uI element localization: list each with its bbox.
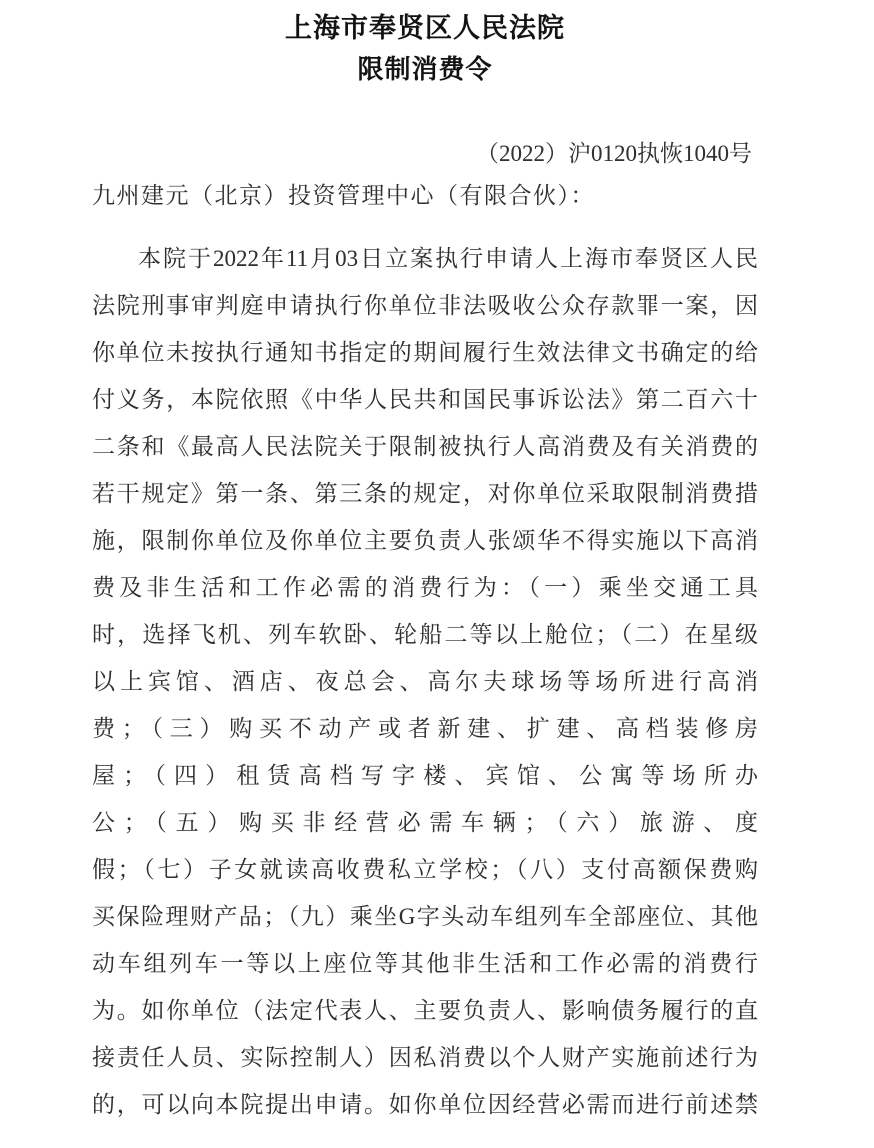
body-line: 动车组列车一等以上座位等其他非生活和工作必需的消费行 xyxy=(92,940,758,987)
body-line: 接责任人员、实际控制人）因私消费以个人财产实施前述行为 xyxy=(92,1034,758,1081)
body-line: 假；（七）子女就读高收费私立学校；（八）支付高额保费购 xyxy=(92,846,758,893)
document-body: 本院于2022年11月03日立案执行申请人上海市奉贤区人民 法院刑事审判庭申请执… xyxy=(92,235,758,1128)
body-line: 为。如你单位（法定代表人、主要负责人、影响债务履行的直 xyxy=(92,987,758,1034)
body-line: 公；（五）购买非经营必需车辆；（六）旅游、度 xyxy=(92,799,758,846)
body-line: 的，可以向本院提出申请。如你单位因经营必需而进行前述禁 xyxy=(92,1081,758,1128)
court-name: 上海市奉贤区人民法院 xyxy=(92,13,758,44)
body-line: 屋；（四）租赁高档写字楼、宾馆、公寓等场所办 xyxy=(92,752,758,799)
body-line: 本院于2022年11月03日立案执行申请人上海市奉贤区人民 xyxy=(92,235,758,282)
addressee-name: 九州建元（北京）投资管理中心（有限合伙）： xyxy=(92,181,758,210)
body-line: 费及非生活和工作必需的消费行为：（一）乘坐交通工具 xyxy=(92,564,758,611)
body-line: 你单位未按执行通知书指定的期间履行生效法律文书确定的给 xyxy=(92,329,758,376)
body-line: 二条和《最高人民法院关于限制被执行人高消费及有关消费的 xyxy=(92,423,758,470)
body-line: 法院刑事审判庭申请执行你单位非法吸收公众存款罪一案，因 xyxy=(92,282,758,329)
document-page: 上海市奉贤区人民法院 限制消费令 （2022）沪0120执恢1040号 九州建元… xyxy=(0,0,874,1148)
body-line: 若干规定》第一条、第三条的规定，对你单位采取限制消费措 xyxy=(92,470,758,517)
body-line: 以上宾馆、酒店、夜总会、高尔夫球场等场所进行高消 xyxy=(92,658,758,705)
body-line: 时，选择飞机、列车软卧、轮船二等以上舱位；（二）在星级 xyxy=(92,611,758,658)
body-line: 费；（三）购买不动产或者新建、扩建、高档装修房 xyxy=(92,705,758,752)
case-number: （2022）沪0120执恢1040号 xyxy=(92,139,758,168)
body-line: 付义务，本院依照《中华人民共和国民事诉讼法》第二百六十 xyxy=(92,376,758,423)
document-title: 限制消费令 xyxy=(92,54,758,85)
body-line: 买保险理财产品；（九）乘坐G字头动车组列车全部座位、其他 xyxy=(92,893,758,940)
body-line: 施，限制你单位及你单位主要负责人张颂华不得实施以下高消 xyxy=(92,517,758,564)
document-content: 上海市奉贤区人民法院 限制消费令 （2022）沪0120执恢1040号 九州建元… xyxy=(92,0,758,1148)
